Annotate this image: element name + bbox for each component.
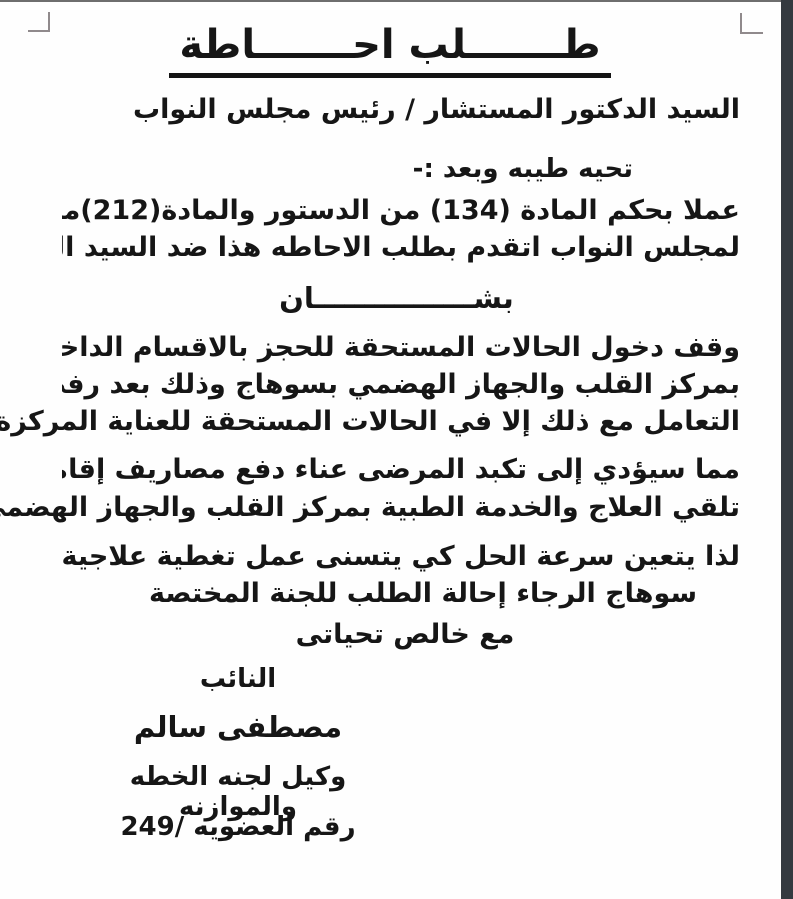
scanned-document-page: طـــــــلب احـــــــاطة السيد الدكتور ال… xyxy=(0,0,793,899)
scan-edge-top xyxy=(0,0,793,2)
signature-name: مصطفى سالم xyxy=(68,710,408,744)
request-line-1: لذا يتعين سرعة الحل كي يتسنى عمل تغطية ع… xyxy=(62,539,740,577)
consequence-line-1: مما سيؤدي إلى تكبد المرضى عناء دفع مصاري… xyxy=(62,452,740,490)
closing-line: مع خالص تحياتى xyxy=(0,619,793,650)
addressee-line: السيد الدكتور المستشار / رئيس مجلس النوا… xyxy=(133,92,740,128)
intro-line-2: لمجلس النواب اتقدم بطلب الاحاطه هذا ضد ا… xyxy=(62,230,740,268)
scan-edge-right xyxy=(781,0,793,899)
signature-membership-number: رقم العضويه /249 xyxy=(68,812,408,842)
subject-heading: بشــــــــــــــــان xyxy=(0,281,793,315)
subject-line-2: بمركز القلب والجهاز الهضمي بسوهاج وذلك ب… xyxy=(62,367,740,405)
subject-line-3: التعامل مع ذلك إلا في الحالات المستحقة ل… xyxy=(62,404,740,440)
greeting-line: تحيه طيبه وبعد :- xyxy=(413,151,633,187)
consequence-line-2: تلقي العلاج والخدمة الطبية بمركز القلب و… xyxy=(62,490,740,526)
document-title: طـــــــلب احـــــــاطة xyxy=(169,22,610,78)
request-line-2: سوهاج الرجاء إحالة الطلب للجنة المختصة xyxy=(62,576,740,612)
intro-line-1: عملا بحكم المادة (134) من الدستور والماد… xyxy=(62,193,740,231)
signature-role: النائب xyxy=(68,664,408,694)
document-title-container: طـــــــلب احـــــــاطة xyxy=(0,22,780,78)
subject-line-1: وقف دخول الحالات المستحقة للحجز بالاقسام… xyxy=(62,330,740,368)
